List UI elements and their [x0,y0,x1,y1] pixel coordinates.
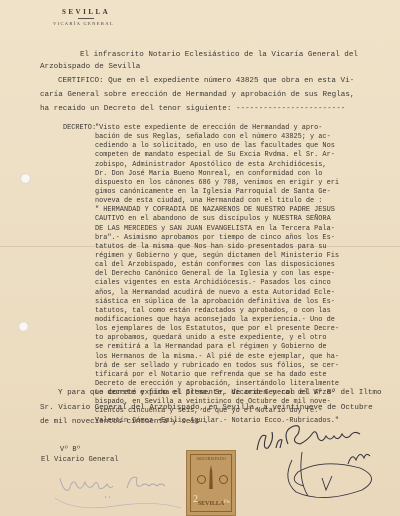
decree-line: CAUTIVO en el abandono de sus discípulos… [95,215,395,224]
decree-line: dispuesto en los cánones 686 y 708, veni… [95,179,395,188]
certificate-line-2: caría General sobre erección de Hermanda… [40,91,354,100]
closing-line-2: Sr. Vicario General del Arzobispado, en … [40,404,373,413]
decree-line: los Hermanos de la misma.- Al pié de est… [95,353,395,362]
decree-line: tatutos, tal como están redactados y apr… [95,307,395,316]
letterhead-city: SEVILLA [62,8,110,16]
decree-line: "Visto este expediente de erección de He… [95,124,395,133]
decree-line: to aprobamos, quedará unido a este exped… [95,334,395,343]
decree-line: brá de ser sellado y rubricado en todos … [95,362,395,371]
stamp-bottom-text: SEVILLA [190,501,232,507]
decree-line: bación de sus Reglas, señalado con el nú… [95,133,395,142]
decree-line: gimos canónicamente en la Iglesia Parroq… [95,188,395,197]
decree-line: se remitirá a la Hermandad para el régim… [95,343,395,352]
document-page: SEVILLA VICARÍA GENERAL El infrascrito N… [0,0,400,516]
approval-vb: Vº Bº [60,446,81,454]
decree-line: cal del Arzobispado, están conformes con… [95,261,395,270]
letterhead-rule [78,18,94,19]
certificate-line-1: CERTIFICO: Que en el expediente número 4… [58,77,354,86]
decree-line: modificaciones que haya aconsejado la ex… [95,316,395,325]
decree-line: régimen y Gobierno y que, según dictamen… [95,252,395,261]
decree-line: Decreto de erección y aprobación, insert… [95,380,395,389]
decree-line: zobispo, Administrador Apostólico de est… [95,161,395,170]
letterhead-office: VICARÍA GENERAL [53,21,114,26]
decree-line: Dr. Don José María Bueno Monreal, en con… [95,170,395,179]
stamp-ornament-icon [219,475,228,484]
decree-line: los ejemplares de los Estatutos, que por… [95,325,395,334]
decree-body: "Visto este expediente de erección de He… [95,124,395,426]
closing-line-3: de mil novecientos cincuenta y seis . [40,418,209,427]
decree-line: noveva de esta ciudad, una Hermandad con… [95,197,395,206]
decree-line: tatutos de la misma que Nos han sido pre… [95,243,395,252]
intro-line-2: Arzobispado de Sevilla [40,63,140,72]
decree-line: años, la Hermandad acudirá de nuevo a es… [95,289,395,298]
decree-label: DECRETO: [63,124,96,132]
decree-line: del Derecho Canónico General de la Igles… [95,270,395,279]
fiscal-stamp: ARZOBISPADO 2 Pts SEVILLA [186,450,236,516]
certificate-line-3: ha recaido un Decreto del tenor siguient… [40,105,345,114]
intro-line-1: El infrascrito Notario Eclesiástico de l… [80,51,358,60]
decree-line: siástica en súplica de la aprobación def… [95,298,395,307]
stamp-ornament-icon [197,475,206,484]
decree-line: tificará por el Notario que refrenda que… [95,371,395,380]
punch-hole-bottom [18,321,29,332]
stamp-top-text: ARZOBISPADO [190,456,232,461]
decree-line: ciales vigentes en esta Archidiócesis.- … [95,279,395,288]
signature-notary [252,420,392,515]
decree-line: cediendo a lo solicitado, en uso de las … [95,142,395,151]
signature-vicar [55,468,185,516]
decree-line: DE LAS MERCEDES y SAN JUAN EVANGELISTA e… [95,225,395,234]
closing-line-1: Y para que conste expido el presente, de… [58,389,382,398]
punch-hole-top [20,173,31,184]
decree-line: competen de mandato especial de Su Excia… [95,151,395,160]
approval-title: El Vicario General [41,456,119,464]
decree-line: bra".- Asimismo aprobamos por tiempo de … [95,234,395,243]
